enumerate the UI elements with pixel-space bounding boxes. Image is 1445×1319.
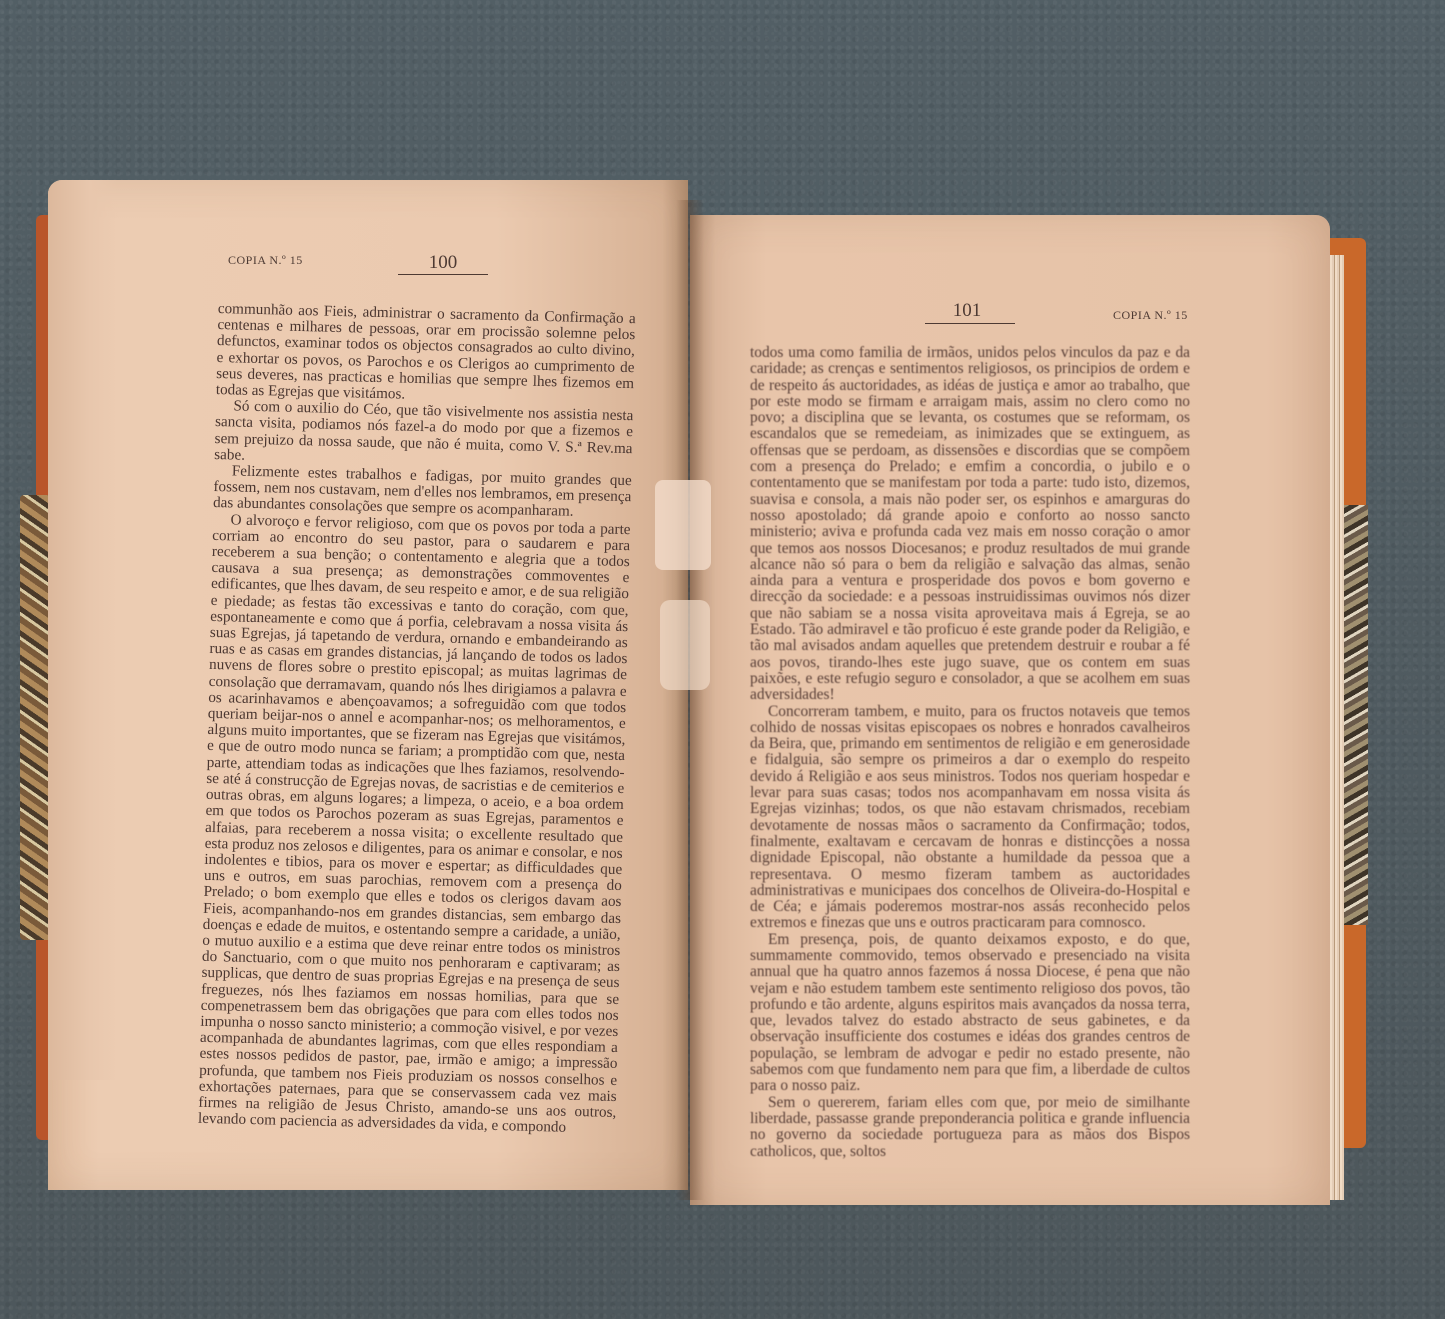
right-running-head: COPIA N.º 15: [1113, 308, 1188, 323]
book-gutter: [676, 200, 704, 1200]
left-running-head: COPIA N.º 15: [228, 253, 303, 268]
right-header-rule: [925, 323, 1015, 324]
paper-stain: [660, 600, 710, 690]
left-page-number: 100: [398, 252, 488, 274]
paragraph: Só com o auxilio do Céo, que tão visivel…: [214, 398, 633, 473]
paragraph: Concorreram tambem, e muito, para os fru…: [750, 704, 1190, 932]
left-header-rule: [398, 274, 488, 275]
paragraph: Sem o quererem, fariam elles com que, po…: [750, 1095, 1190, 1160]
left-page-body: communhão aos Fieis, administrar o sacra…: [198, 301, 636, 1137]
paragraph: O alvoroço e fervor religioso, com que o…: [198, 512, 631, 1138]
paper-stain: [655, 480, 711, 570]
paragraph: Em presença, pois, de quanto deixamos ex…: [750, 932, 1190, 1095]
paragraph: communhão aos Fieis, administrar o sacra…: [216, 301, 636, 408]
paragraph: todos uma como familia de irmãos, unidos…: [750, 345, 1190, 704]
right-page-body: todos uma como familia de irmãos, unidos…: [750, 345, 1190, 1160]
left-page-curl: [48, 180, 118, 1080]
right-page-number: 101: [922, 300, 1012, 322]
